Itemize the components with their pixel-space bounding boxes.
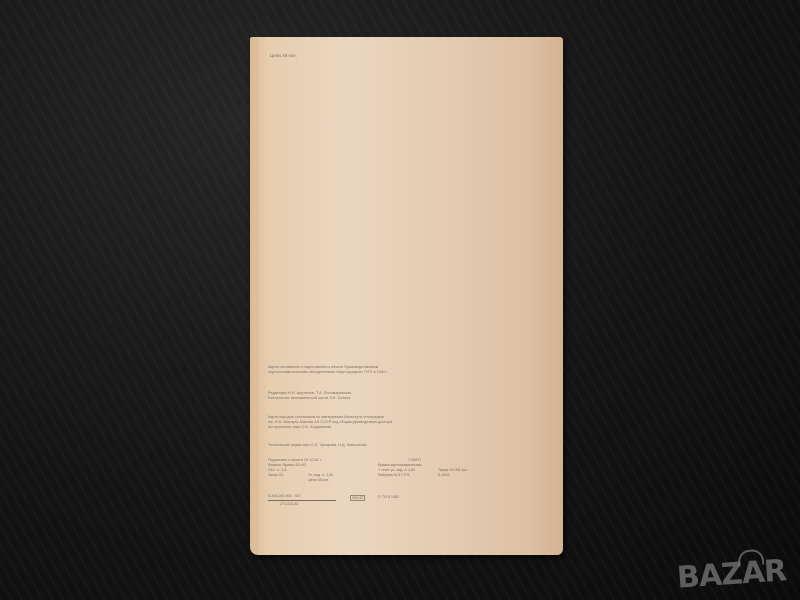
imprint-compiled: Карта составлена и подготовлена к печати…	[268, 365, 388, 375]
imprint-sources: Карта народов составлена по материалам И…	[268, 415, 392, 430]
print-details-far: Тираж 15 000 экз. Б-2003	[438, 468, 468, 478]
isbn-subcode: 271-020-82	[268, 501, 336, 507]
copyright-notice: © ГУГК 1982	[378, 495, 399, 499]
book-back-cover: Цена 48 коп. Карта составлена и подготов…	[250, 37, 563, 555]
spine-fold	[257, 37, 259, 555]
imprint-editors: Редакторы Н.Н. Арутюнов, Т.А. Пономарёвс…	[268, 391, 351, 401]
price-label: Цена 48 коп.	[270, 53, 297, 58]
order-code-box: 309-82	[350, 495, 365, 501]
isbn-number: 5-300-000-000 - 507	[268, 494, 336, 501]
print-details-right: Т-05577 Бумага картографическая + текст …	[378, 458, 421, 478]
imprint-tech-editors: Технические редакторы О.Л. Чукарова, Н.Д…	[268, 443, 367, 448]
print-details-mid: Уч.-изд. л. 1,26 Цена 48 коп.	[308, 473, 333, 483]
isbn-block: 5-300-000-000 - 507 271-020-82	[268, 494, 336, 507]
